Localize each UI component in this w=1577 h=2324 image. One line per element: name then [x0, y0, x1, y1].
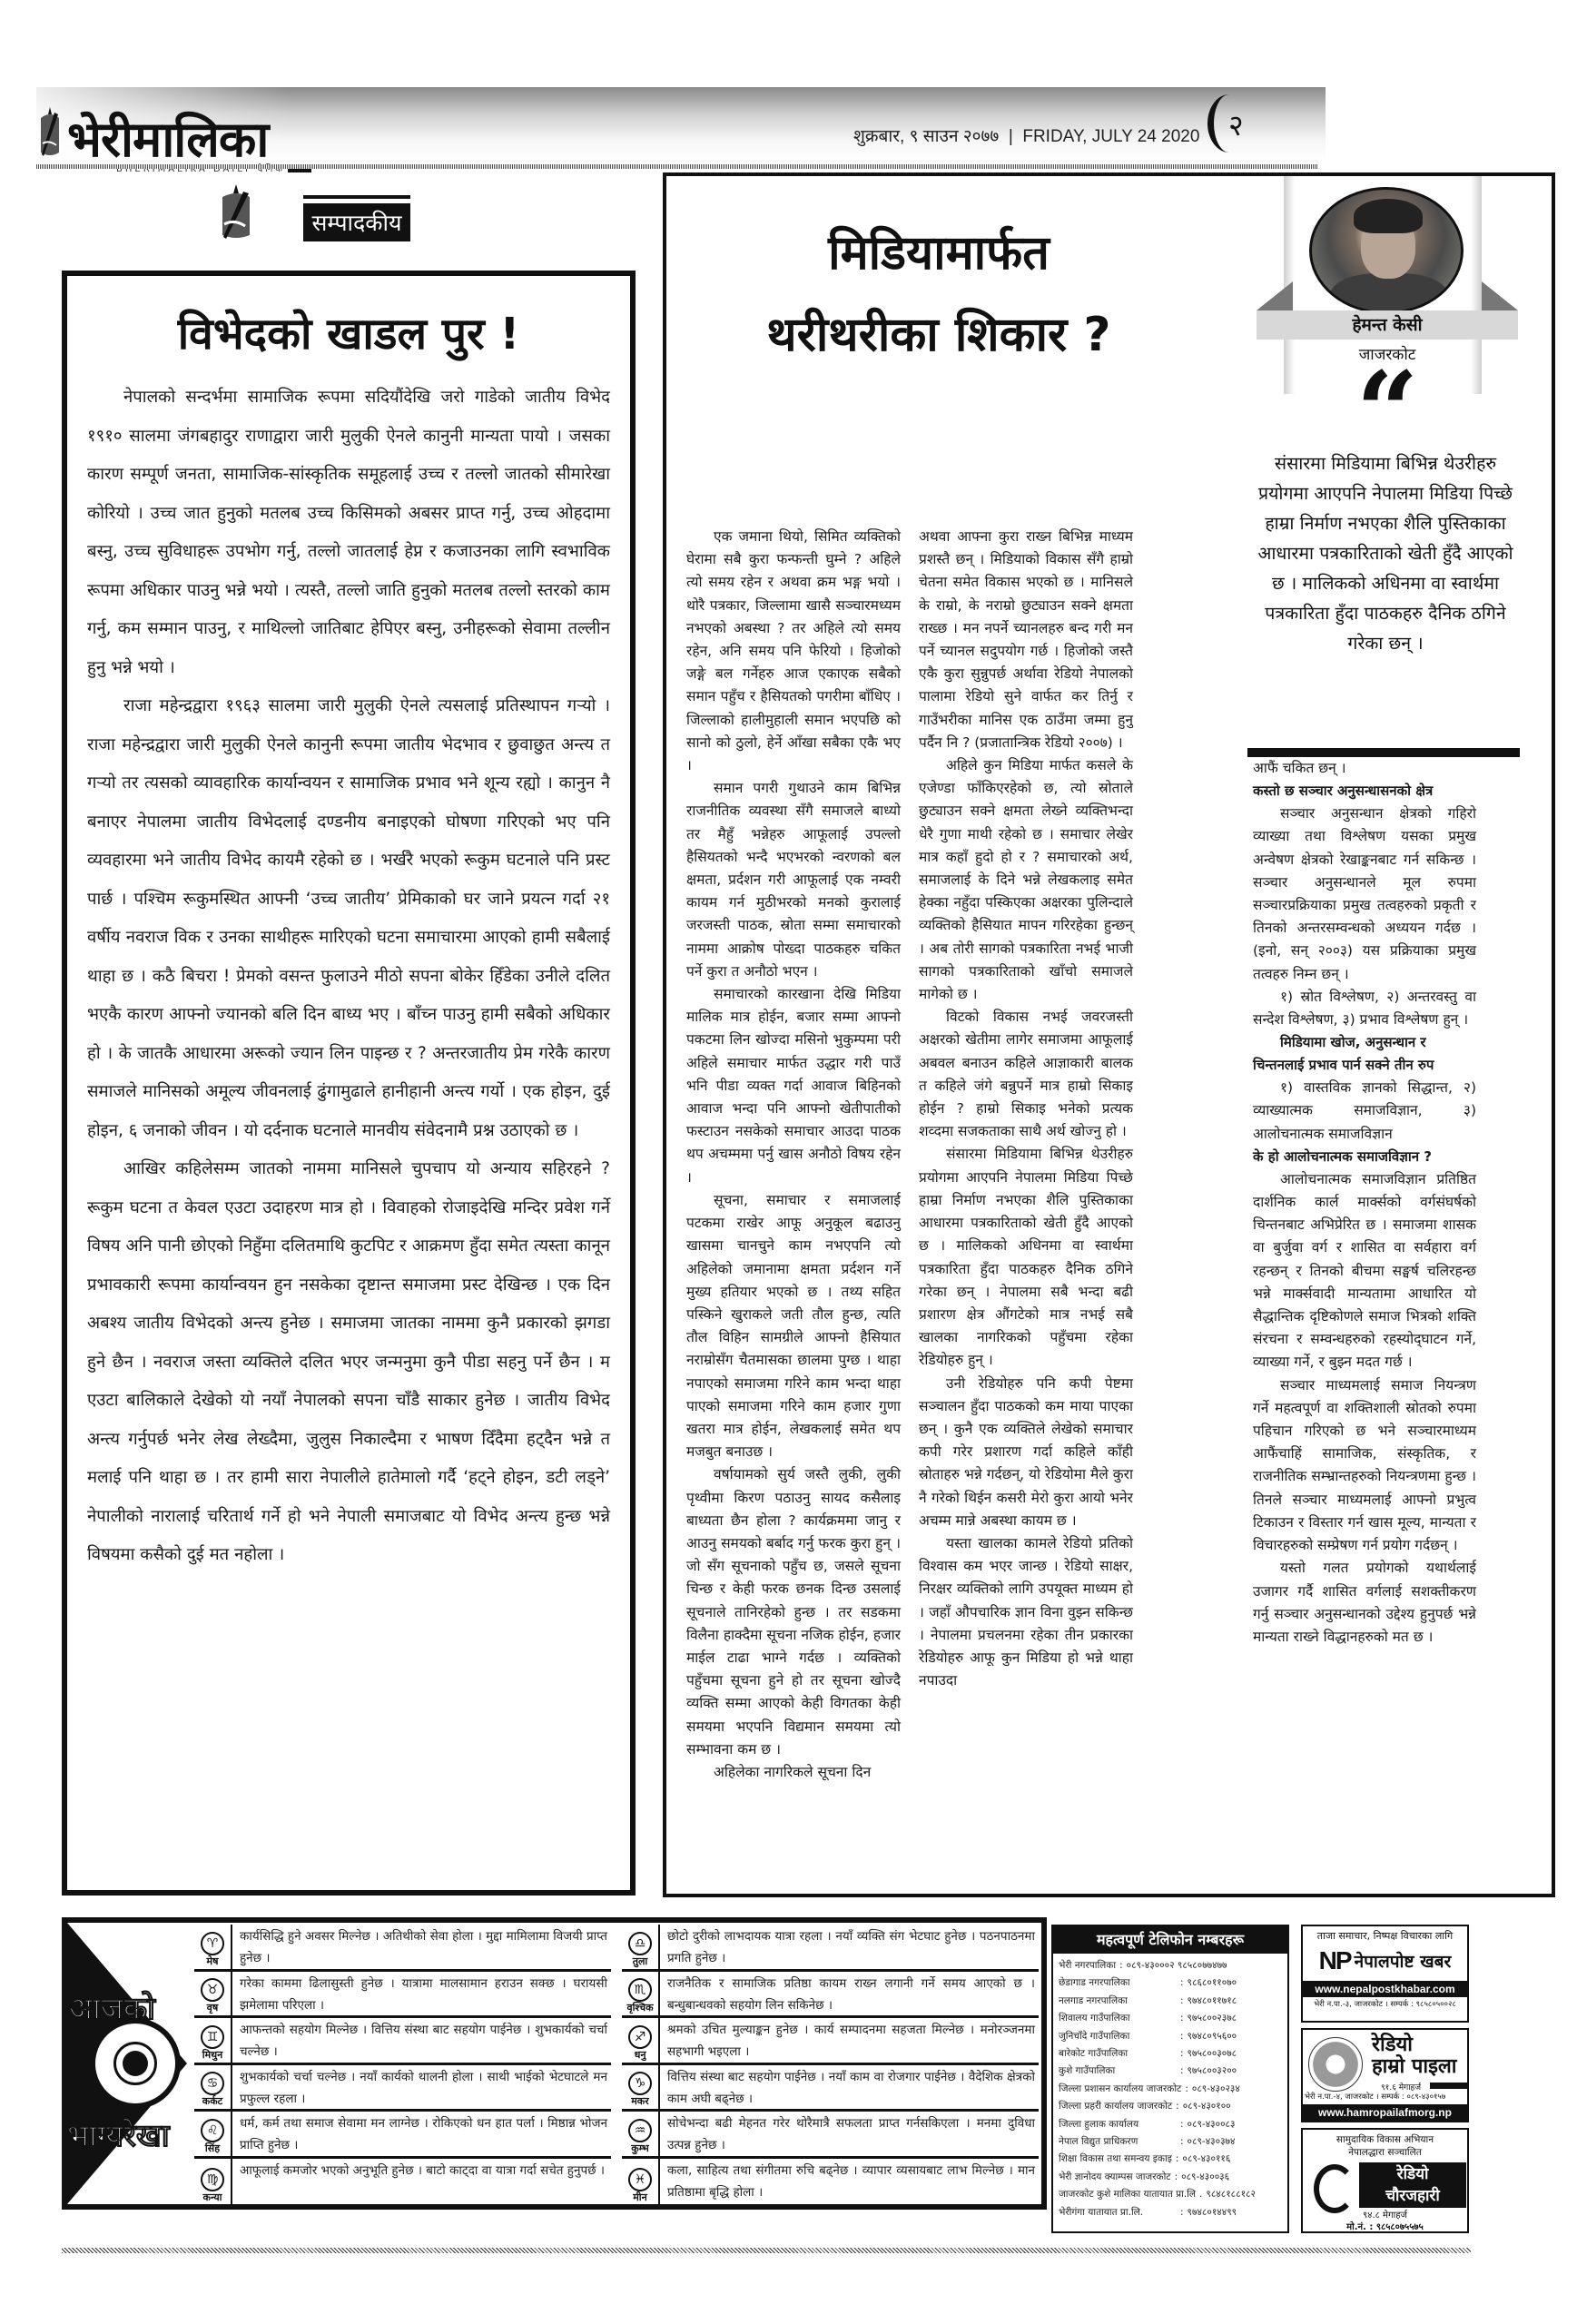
- phone-row: जिल्ला हुलाक कार्यालय:०८९-४३००८३: [1059, 2116, 1284, 2133]
- phone-number: ०८९-४३०००२ ९८५८०७७४७७: [1127, 1957, 1284, 1974]
- horoscope-row: ♈मेषकार्यसिद्धि हुने अवसर मिल्नेछ । अतिथ…: [194, 1925, 611, 1972]
- ad-tagline: ताजा समाचार, निष्पक्ष विचारका लागि: [1303, 1929, 1467, 1943]
- sign-name: वृश्चिक: [626, 2002, 653, 2014]
- office-name: भेरीगंगा यातायात प्रा.लि.: [1059, 2204, 1177, 2221]
- sign-name: कन्या: [203, 2191, 222, 2204]
- sign-cell: ♓मीन: [622, 2159, 660, 2206]
- masthead-rule: [36, 164, 1318, 169]
- sign-cell: ♏वृश्चिक: [622, 1972, 660, 2016]
- ad-radio-hamro-paila[interactable]: रेडियो हाम्रो पाइला ९१.६ मेगाहर्ज भेरी न…: [1301, 2028, 1469, 2122]
- author-divider: [1247, 748, 1520, 757]
- article-title: मिडियामार्फत थरीथरीका शिकार ?: [712, 212, 1166, 376]
- article-paragraph: एक जमाना थियो, सिमित व्यक्तिको घेरामा सब…: [686, 526, 901, 777]
- office-name: शिवालय गाउँपालिका: [1059, 2010, 1177, 2027]
- article-paragraph: उनी रेडियोहरु पनि कपी पेष्टमा सञ्चालन हु…: [919, 1373, 1133, 1532]
- bottom-rule: [62, 2248, 1471, 2253]
- horoscope-row: ♒कुम्भसोचेभन्दा बढी मेहनत गरेर थोरैमात्र…: [622, 2112, 1039, 2159]
- ad-tagline-2: नेपालद्धारा सञ्चालित: [1303, 2146, 1467, 2159]
- zodiac-wheel-icon: [90, 2018, 181, 2109]
- horoscope-row: ♍कन्याआफूलाई कमजोर भएको अनुभूति हुनेछ । …: [194, 2159, 611, 2206]
- ad-radio-name: रेडियो चौरजहारी: [1359, 2162, 1466, 2208]
- horoscope-row: ♓मीनकला, साहित्य तथा संगीतमा रुचि बढ्नेछ…: [622, 2159, 1039, 2206]
- horoscope-row: ♊मिथुनआफन्तको सहयोग मिल्नेछ । वित्तिय सं…: [194, 2018, 611, 2065]
- phone-number: ९७४८०११७१८: [1188, 1993, 1284, 2010]
- separator: :: [1176, 2151, 1179, 2168]
- cancer-icon: ♋: [201, 2072, 224, 2095]
- office-name: नेपाल विद्युत प्राधिकरण: [1059, 2133, 1177, 2151]
- ad-brand-name: नेपालपोष्ट खबर: [1355, 1949, 1452, 1973]
- article-paragraph: संसारमा मिडियामा बिभिन्न थेउरीहरु प्रयोग…: [919, 1143, 1133, 1372]
- horoscope-row: ♑मकरवित्तिय संस्था बाट सहयोग पाईनेछ । नय…: [622, 2065, 1039, 2112]
- date-nepali: शुक्रबार, ९ साउन २०७७: [853, 127, 999, 146]
- separator: :: [1180, 2116, 1184, 2133]
- horoscope-text: सोचेभन्दा बढी मेहनत गरेर थोरैमात्रै सफलत…: [660, 2112, 1039, 2156]
- article-subheading: कस्तो छ सञ्चार अनुसन्धासनको क्षेत्र: [1253, 780, 1476, 803]
- scorpio-icon: ♏: [628, 1978, 652, 2002]
- phone-number: ९७५८००३२००: [1188, 2063, 1284, 2080]
- separator: :: [1180, 2045, 1184, 2063]
- pagoda-quill-icon: [38, 107, 62, 158]
- horoscope-text: गरेका काममा ढिलासुस्ती हुनेछ । यात्रामा …: [232, 1972, 611, 2016]
- phone-row: जुनिचाँदे गाउँपालिका:९७४८०९५६००: [1059, 2028, 1284, 2045]
- article-paragraph: १) स्रोत विश्लेषण, २) अन्तरवस्तु वा सन्द…: [1253, 986, 1476, 1031]
- author-photo: [1309, 187, 1464, 314]
- separator: .: [1199, 2186, 1202, 2203]
- ad-frequency: ९४.८ मेगाहर्ज: [1303, 2208, 1467, 2221]
- phone-number: ०८९-४३०२३४: [1192, 2081, 1284, 2098]
- separator: :: [1176, 2098, 1179, 2115]
- ad-radio-station: चौरजहारी: [1359, 2185, 1466, 2207]
- photo-body-shape: [1330, 273, 1448, 314]
- newspaper-title: भेरीमालिका: [67, 114, 268, 163]
- sign-name: तुला: [633, 1955, 648, 1968]
- separator: :: [1180, 2204, 1184, 2221]
- pisces-icon: ♓: [628, 2168, 652, 2191]
- sign-name: मीन: [633, 2191, 647, 2204]
- article-subheading: मिडियामा खोज, अनुसन्धान र चिन्तनलाई प्रभ…: [1253, 1031, 1476, 1077]
- article-title-line1: मिडियामार्फत: [712, 212, 1166, 294]
- sign-name: मकर: [631, 2095, 649, 2108]
- office-name: जिल्ला प्रशासन कार्यालय जाजरकोट: [1059, 2081, 1181, 2098]
- separator: :: [1180, 1993, 1184, 2010]
- phone-list: भेरी नगरपालिका:०८९-४३०००२ ९८५८०७७४७७ छेड…: [1053, 1954, 1287, 2221]
- phone-number: ०८९-४३०३७४: [1188, 2133, 1284, 2151]
- aries-icon: ♈: [201, 1932, 224, 1955]
- ad-radio-label: रेडियो: [1372, 2033, 1413, 2057]
- sign-cell: ♊मिथुन: [194, 2018, 232, 2063]
- editorial-paragraph: आखिर कहिलेसम्म जातको नाममा मानिसले चुपचा…: [87, 1150, 610, 1575]
- aquarius-icon: ♒: [628, 2119, 652, 2142]
- article-subheading: के हो आलोचनात्मक समाजविज्ञान ?: [1253, 1146, 1476, 1168]
- office-name: शिक्षा विकास तथा समन्वय इकाइ: [1059, 2151, 1172, 2168]
- phone-number: ९७४८०९५६००: [1188, 2028, 1284, 2045]
- photo-hair-shape: [1354, 199, 1423, 233]
- horoscope-row: ♋कर्कटशुभकार्यको चर्चा चल्नेछ । नयाँ कार…: [194, 2065, 611, 2112]
- article-paragraph: १) वास्तविक ज्ञानको सिद्धान्त, २) व्याख्…: [1253, 1077, 1476, 1146]
- phone-number: ०८९-४३०१००: [1183, 2098, 1284, 2115]
- article-column-1: एक जमाना थियो, सिमित व्यक्तिको घेरामा सब…: [686, 526, 901, 1784]
- separator: :: [1180, 1974, 1184, 1992]
- horoscope-text: वित्तिय संस्था बाट सहयोग पाईनेछ । नयाँ क…: [660, 2065, 1039, 2110]
- separator: :: [1175, 2169, 1178, 2186]
- ad-tagline: सामुदायिक विकास अभियान: [1303, 2133, 1467, 2146]
- horoscope-text: आफूलाई कमजोर भएको अनुभूति हुनेछ । बाटो क…: [232, 2159, 611, 2206]
- article-paragraph: यस्तो गलत प्रयोगको यथार्थलाई उजागर गर्दै…: [1253, 1557, 1476, 1649]
- phone-row: भेरी ज्ञानोदय क्याम्पस जाजरकोट:०८९-४३००३…: [1059, 2169, 1284, 2186]
- phone-row: शिवालय गाउँपालिका:९७५८००२३७८: [1059, 2010, 1284, 2027]
- sign-cell: ♌सिंह: [194, 2112, 232, 2156]
- horoscope-grid: ♈मेषकार्यसिद्धि हुने अवसर मिल्नेछ । अतिथ…: [194, 1925, 1039, 2205]
- phone-number: ९८६८०११०७०: [1188, 1974, 1284, 1992]
- office-name: कुशे गाउँपालिका: [1059, 2063, 1177, 2080]
- office-name: छेडागाड नगरपालिका: [1059, 1974, 1177, 1992]
- ad-radio-name: हाम्रो पाइला: [1372, 2055, 1457, 2079]
- article-paragraph: सञ्चार माध्यमलाई समाज नियन्त्रण गर्ने मह…: [1253, 1374, 1476, 1558]
- office-name: जुनिचाँदे गाउँपालिका: [1059, 2028, 1177, 2045]
- phone-row: नेपाल विद्युत प्राधिकरण:०८९-४३०३७४: [1059, 2133, 1284, 2151]
- phone-number: ९७४८०१४४९९: [1188, 2204, 1284, 2221]
- office-name: जिल्ला प्रहरी कार्यालय जाजरकोट: [1059, 2098, 1172, 2115]
- ad-radio-label: रेडियो: [1359, 2163, 1466, 2185]
- phone-row: छेडागाड नगरपालिका:९८६८०११०७०: [1059, 1974, 1284, 1992]
- article-paragraph: अथवा आफ्ना कुरा राख्न बिभिन्न माध्यम प्र…: [919, 526, 1133, 754]
- article-column-3: आफैं चकित छन् । कस्तो छ सञ्चार अनुसन्धास…: [1253, 757, 1476, 1649]
- editorial-body: नेपालको सन्दर्भमा सामाजिक रूपमा सदियौंदे…: [87, 379, 610, 1575]
- wheel-sun: [123, 2051, 148, 2076]
- horoscope-row: ♐धनुश्रमको उचित मुल्याङ्कन हुनेछ । कार्य…: [622, 2018, 1039, 2065]
- horoscope-row: ♎तुलाछोटो दुरीको लाभदायक यात्रा रहला । न…: [622, 1925, 1039, 1972]
- date-separator: |: [1009, 127, 1013, 146]
- author-name: हेमन्त केसी: [1257, 310, 1518, 340]
- ad-address: भेरी न.पा.-४, जाजरकोट । सम्पर्क : ०८९-४३…: [1305, 2092, 1445, 2102]
- virgo-icon: ♍: [201, 2168, 224, 2191]
- article-paragraph: आलोचनात्मक समाजविज्ञान प्रतिष्ठित दार्शन…: [1253, 1168, 1476, 1374]
- sign-cell: ♈मेष: [194, 1925, 232, 1969]
- horoscope-banner: आजको भाग्यरेखा: [67, 1923, 187, 2204]
- editorial-box: विभेदको खाडल पुर ! नेपालको सन्दर्भमा साम…: [62, 271, 636, 1896]
- phone-row: जिल्ला प्रशासन कार्यालय जाजरकोट:०८९-४३०२…: [1059, 2081, 1284, 2098]
- frequency-bar: [1430, 2083, 1468, 2089]
- office-name: भेरी ज्ञानोदय क्याम्पस जाजरकोट: [1059, 2169, 1171, 2186]
- author-box: हेमन्त केसी जाजरकोट “ संसारमा मिडियामा ब…: [1247, 176, 1520, 757]
- phone-row: जिल्ला प्रहरी कार्यालय जाजरकोट:०८९-४३०१०…: [1059, 2098, 1284, 2115]
- sign-cell: ♐धनु: [622, 2018, 660, 2063]
- sign-name: कर्कट: [202, 2095, 222, 2108]
- ad-url-link[interactable]: www.nepalpostkhabar.com: [1303, 1981, 1467, 1997]
- date-english: FRIDAY, JULY 24 2020: [1022, 127, 1199, 146]
- article-paragraph: अहिलेका नागरिकले सूचना दिन: [686, 1761, 901, 1784]
- article-paragraph: वर्षायामको सुर्य जस्तै लुकी, लुकी पृथ्वी…: [686, 1463, 901, 1761]
- sign-name: सिंह: [205, 2142, 220, 2155]
- sign-name: मेष: [207, 1955, 219, 1968]
- phone-number: ०८९-४३०११६: [1182, 2151, 1284, 2168]
- phone-row: भेरी नगरपालिका:०८९-४३०००२ ९८५८०७७४७७: [1059, 1957, 1284, 1974]
- phone-directory: महत्वपूर्ण टेलिफोन नम्बरहरू भेरी नगरपालि…: [1051, 1925, 1289, 2233]
- horoscope-row: ♉वृषगरेका काममा ढिलासुस्ती हुनेछ । यात्र…: [194, 1972, 611, 2019]
- horoscope-text: छोटो दुरीको लाभदायक यात्रा रहला । नयाँ व…: [660, 1925, 1039, 1969]
- horoscope-text: शुभकार्यको चर्चा चल्नेछ । नयाँ कार्यको थ…: [232, 2065, 611, 2110]
- horoscope-text: राजनैतिक र सामाजिक प्रतिष्ठा कायम राख्न …: [660, 1972, 1039, 2016]
- radio-map-logo-icon: [1308, 2037, 1363, 2092]
- separator: :: [1180, 2010, 1184, 2027]
- hands-c-logo-icon: [1314, 2164, 1355, 2213]
- taurus-icon: ♉: [201, 1978, 224, 2002]
- horoscope-text: आफन्तको सहयोग मिल्नेछ । वित्तिय संस्था ब…: [232, 2018, 611, 2063]
- horoscope-text: श्रमको उचित मुल्याङ्कन हुनेछ । कार्य सम्…: [660, 2018, 1039, 2063]
- libra-icon: ♎: [628, 1932, 652, 1955]
- article-paragraph: अहिले कुन मिडिया मार्फत कसले के एजेण्डा …: [919, 754, 1133, 1006]
- phone-number: ०८९-४३००८३: [1188, 2116, 1284, 2133]
- ribbon-left: [1257, 281, 1293, 310]
- office-name: जाजरकोट कुशे मालिका यातायात प्रा.लि: [1059, 2186, 1196, 2203]
- ribbon-right: [1482, 281, 1518, 310]
- ad-brand: NP नेपालपोष्ट खबर: [1303, 1946, 1467, 1975]
- sign-cell: ♒कुम्भ: [622, 2112, 660, 2156]
- article-paragraph: विटको विकास नभई जवरजस्ती अक्षरको खेतीमा …: [919, 1006, 1133, 1143]
- separator: :: [1180, 2028, 1184, 2045]
- ad-url-link[interactable]: www.hamropailafmorg.np: [1303, 2104, 1467, 2121]
- phone-directory-title: महत्वपूर्ण टेलिफोन नम्बरहरू: [1053, 1926, 1287, 1954]
- sign-name: कुम्भ: [631, 2142, 648, 2155]
- ad-radio-chaurjahari[interactable]: सामुदायिक विकास अभियान नेपालद्धारा सञ्चा…: [1301, 2128, 1469, 2233]
- capricorn-icon: ♑: [628, 2072, 652, 2095]
- phone-number: ९८४८१८८१८२: [1206, 2186, 1284, 2203]
- phone-row: कुशे गाउँपालिका:९७५८००३२००: [1059, 2063, 1284, 2080]
- newspaper-logo: भेरीमालिका BHERIMALIKA DAILY दैनिक: [38, 91, 268, 163]
- horoscope-text: कला, साहित्य तथा संगीतमा रुचि बढ्नेछ । व…: [660, 2159, 1039, 2206]
- phone-row: बारेकोट गाउँपालिका:९७५८००३०७८: [1059, 2045, 1284, 2063]
- phone-number: ९७५८००२३७८: [1188, 2010, 1284, 2027]
- gemini-icon: ♊: [201, 2025, 224, 2049]
- ad-mobile: मो.नं. : ९८५८०७५५७५: [1303, 2220, 1467, 2232]
- horoscope-row: ♌सिंहधर्म, कर्म तथा समाज सेवामा मन लाग्न…: [194, 2112, 611, 2159]
- article-paragraph: यस्ता खालका कामले रेडियो प्रतिको विश्वास…: [919, 1532, 1133, 1692]
- article-column-2: अथवा आफ्ना कुरा राख्न बिभिन्न माध्यम प्र…: [919, 526, 1133, 1692]
- editorial-label-bar: [303, 195, 410, 199]
- article-paragraph: आफैं चकित छन् ।: [1253, 757, 1476, 780]
- horoscope-box: आजको भाग्यरेखा ♈मेषकार्यसिद्धि हुने अवसर…: [62, 1917, 1047, 2210]
- editorial-paragraph: नेपालको सन्दर्भमा सामाजिक रूपमा सदियौंदे…: [87, 379, 610, 687]
- article-title-line2: थरीथरीका शिकार ?: [712, 294, 1166, 376]
- horoscope-text: धर्म, कर्म तथा समाज सेवामा मन लाग्नेछ । …: [232, 2112, 611, 2156]
- sign-cell: ♉वृष: [194, 1972, 232, 2016]
- article-paragraph: सञ्चार अनुसन्धान क्षेत्रको गहिरो व्याख्य…: [1253, 803, 1476, 986]
- editorial-label: सम्पादकीय: [303, 203, 410, 241]
- sign-name: मिथुन: [202, 2049, 223, 2062]
- pull-quote: संसारमा मिडियामा बिभिन्न थेउरीहरु प्रयोग…: [1251, 448, 1520, 658]
- dateline: शुक्रबार, ९ साउन २०७७ | FRIDAY, JULY 24 …: [853, 123, 1199, 147]
- horoscope-title-bottom: भाग्यरेखा: [67, 2113, 170, 2155]
- phone-number: ०८९-४३००३६: [1181, 2169, 1284, 2186]
- office-name: भेरी नगरपालिका: [1059, 1957, 1116, 1974]
- article-box: मिडियामार्फत थरीथरीका शिकार ? एक जमाना थ…: [663, 172, 1555, 1897]
- ad-address: भेरी न.पा.-३, जाजरकोट । सम्पर्क : ९८५८०५…: [1303, 1997, 1467, 2012]
- office-name: नलगाड नगरपालिका: [1059, 1993, 1177, 2010]
- phone-row: जाजरकोट कुशे मालिका यातायात प्रा.लि.९८४८…: [1059, 2186, 1284, 2203]
- leo-icon: ♌: [201, 2119, 224, 2142]
- sign-cell: ♋कर्कट: [194, 2065, 232, 2110]
- horoscope-row: ♏वृश्चिकराजनैतिक र सामाजिक प्रतिष्ठा काय…: [622, 1972, 1039, 2019]
- sign-cell: ♑मकर: [622, 2065, 660, 2110]
- sign-cell: ♍कन्या: [194, 2159, 232, 2206]
- sign-cell: ♎तुला: [622, 1925, 660, 1969]
- office-name: जिल्ला हुलाक कार्यालय: [1059, 2116, 1177, 2133]
- office-name: बारेकोट गाउँपालिका: [1059, 2045, 1177, 2063]
- page-number: २: [1228, 105, 1244, 144]
- article-paragraph: सूचना, समाचार र समाजलाई पटकमा राखेर आफू …: [686, 1189, 901, 1463]
- sign-name: धनु: [635, 2049, 646, 2062]
- separator: :: [1180, 2063, 1184, 2080]
- editorial-title: विभेदको खाडल पुर !: [87, 303, 610, 362]
- separator: :: [1185, 2081, 1188, 2098]
- phone-row: शिक्षा विकास तथा समन्वय इकाइ:०८९-४३०११६: [1059, 2151, 1284, 2168]
- article-paragraph: समाचारको कारखाना देखि मिडिया मालिक मात्र…: [686, 983, 901, 1189]
- article-paragraph: समान पगरी गुथाउने काम बिभिन्न राजनीतिक व…: [686, 777, 901, 983]
- editorial-paragraph: राजा महेन्द्रद्वारा १९६३ सालमा जारी मुलु…: [87, 687, 610, 1150]
- pagoda-quill-icon: [218, 184, 254, 241]
- phone-number: ९७५८००३०७८: [1188, 2045, 1284, 2063]
- phone-row: भेरीगंगा यातायात प्रा.लि.:९७४८०१४४९९: [1059, 2204, 1284, 2221]
- page-number-badge: २: [1207, 94, 1251, 153]
- sign-name: वृष: [207, 2002, 218, 2014]
- np-logo-icon: NP: [1319, 1946, 1351, 1975]
- ad-nepalpost-khabar[interactable]: ताजा समाचार, निष्पक्ष विचारका लागि NP ने…: [1301, 1925, 1469, 2023]
- phone-row: नलगाड नगरपालिका:९७४८०११७१८: [1059, 1993, 1284, 2010]
- separator: :: [1119, 1957, 1123, 1974]
- sagittarius-icon: ♐: [628, 2025, 652, 2049]
- horoscope-text: कार्यसिद्धि हुने अवसर मिल्नेछ । अतिथीको …: [232, 1925, 611, 1969]
- separator: :: [1180, 2133, 1184, 2151]
